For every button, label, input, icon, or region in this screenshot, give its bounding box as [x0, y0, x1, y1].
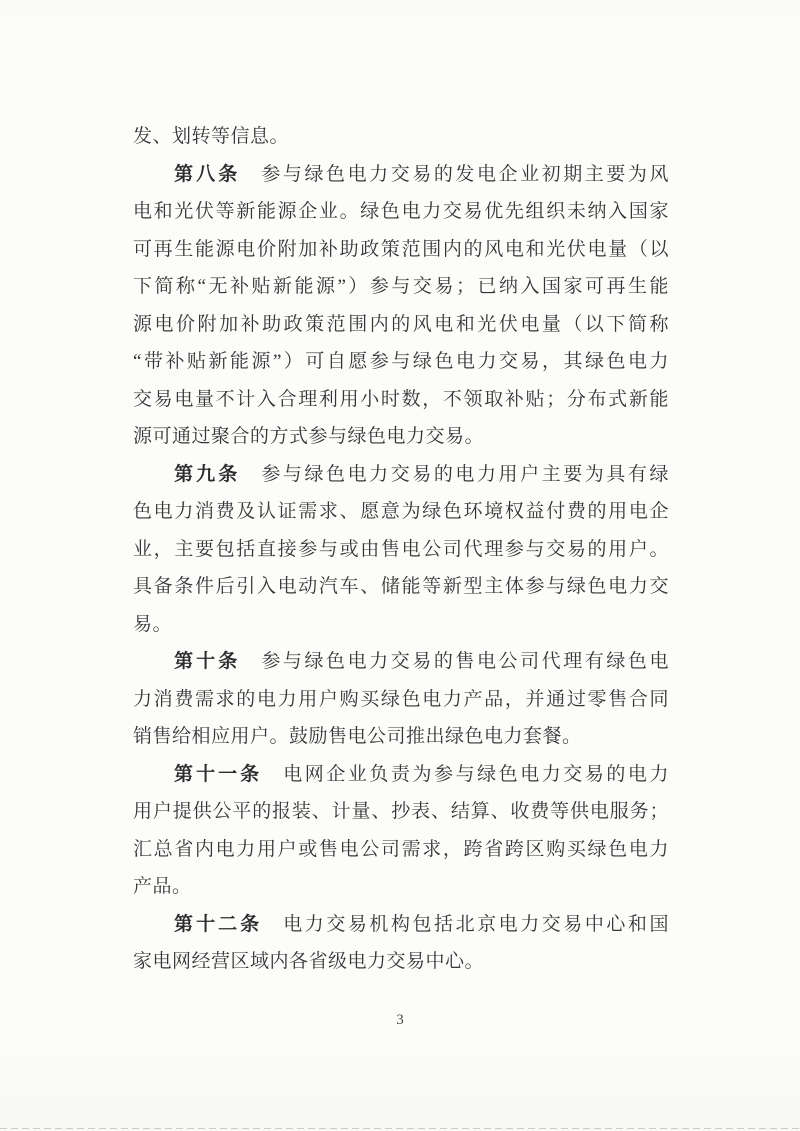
paragraph-indent [133, 929, 172, 930]
text-line: 业，主要包括直接参与或由售电公司代理参与交易的用户。 [133, 531, 669, 569]
paragraph-indent [133, 779, 172, 780]
text-line: 力消费需求的电力用户购买绿色电力产品，并通过零售合同 [133, 681, 669, 719]
text-line: 第八条参与绿色电力交易的发电企业初期主要为风 [133, 156, 669, 194]
text-line: 具备条件后引入电动汽车、储能等新型主体参与绿色电力交 [133, 568, 669, 606]
paragraph-indent [133, 179, 172, 180]
text-line: 电和光伏等新能源企业。绿色电力交易优先组织未纳入国家 [133, 193, 669, 231]
text-line: 第九条参与绿色电力交易的电力用户主要为具有绿 [133, 456, 669, 494]
text-line: 家电网经营区域内各省级电力交易中心。 [133, 943, 669, 981]
article-number: 第十条 [172, 651, 240, 672]
lead-gap [240, 666, 259, 667]
text-line: 可再生能源电价附加补助政策范围内的风电和光伏电量（以 [133, 231, 669, 269]
text-line: 色电力消费及认证需求、愿意为绿色环境权益付费的用电企 [133, 493, 669, 531]
lead-gap [262, 779, 281, 780]
text-line: 源可通过聚合的方式参与绿色电力交易。 [133, 418, 669, 456]
text-line: 下简称“无补贴新能源”）参与交易；已纳入国家可再生能 [133, 268, 669, 306]
page-number: 3 [0, 1012, 800, 1029]
scan-edge-line [0, 1128, 800, 1129]
text-line: 第十一条电网企业负责为参与绿色电力交易的电力 [133, 756, 669, 794]
text-line: 销售给相应用户。鼓励售电公司推出绿色电力套餐。 [133, 718, 669, 756]
line-text: 电网企业负责为参与绿色电力交易的电力 [281, 764, 669, 785]
article-number: 第九条 [172, 464, 240, 485]
text-line: 第十条参与绿色电力交易的售电公司代理有绿色电 [133, 643, 669, 681]
line-text: 参与绿色电力交易的电力用户主要为具有绿 [259, 464, 669, 485]
paragraph-indent [133, 479, 172, 480]
line-text: 参与绿色电力交易的发电企业初期主要为风 [259, 164, 669, 185]
text-line: 产品。 [133, 868, 669, 906]
article-number: 第十一条 [172, 764, 262, 785]
text-line: 第十二条电力交易机构包括北京电力交易中心和国 [133, 906, 669, 944]
paragraph-indent [133, 666, 172, 667]
article-number: 第八条 [172, 164, 240, 185]
document-body: 发、划转等信息。第八条参与绿色电力交易的发电企业初期主要为风电和光伏等新能源企业… [133, 118, 669, 981]
text-line: 源电价附加补助政策范围内的风电和光伏电量（以下简称 [133, 306, 669, 344]
lead-gap [240, 479, 259, 480]
text-line: 易。 [133, 606, 669, 644]
text-line: 用户提供公平的报装、计量、抄表、结算、收费等供电服务； [133, 793, 669, 831]
line-text: 电力交易机构包括北京电力交易中心和国 [281, 914, 669, 935]
document-page: 发、划转等信息。第八条参与绿色电力交易的发电企业初期主要为风电和光伏等新能源企业… [0, 0, 800, 1131]
article-number: 第十二条 [172, 914, 262, 935]
text-line: 发、划转等信息。 [133, 118, 669, 156]
lead-gap [240, 179, 259, 180]
text-line: “带补贴新能源”）可自愿参与绿色电力交易，其绿色电力 [133, 343, 669, 381]
text-line: 汇总省内电力用户或售电公司需求，跨省跨区购买绿色电力 [133, 831, 669, 869]
lead-gap [262, 929, 281, 930]
line-text: 参与绿色电力交易的售电公司代理有绿色电 [259, 651, 669, 672]
text-line: 交易电量不计入合理利用小时数，不领取补贴；分布式新能 [133, 381, 669, 419]
